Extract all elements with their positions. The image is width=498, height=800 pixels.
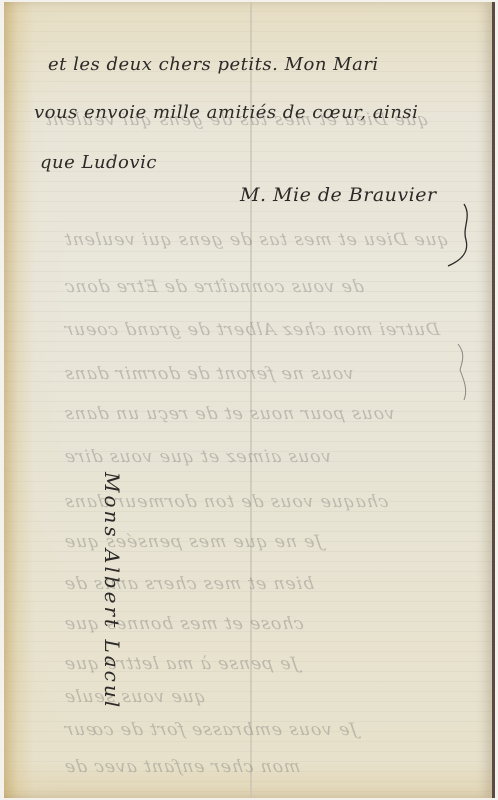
letter-line-1: et les deux chers petits. Mon Mari xyxy=(48,54,379,75)
bleed-through-line: chose et mes bonnes que xyxy=(63,614,305,634)
letter-line-2: vous envoie mille amitiés de cœur, ainsi xyxy=(34,102,418,123)
letter-line-3: que Ludovic xyxy=(40,152,157,173)
margin-bracket xyxy=(454,342,474,402)
bleed-through-line: que Dieu et mes tas de gens qui veulent xyxy=(63,230,450,250)
bleed-through-line: de vous connaître de Etre donc xyxy=(63,277,365,297)
signature: M. Mie de Brauvier xyxy=(240,184,437,206)
bleed-through-line: vous aimez et que vous dire xyxy=(63,447,333,467)
bleed-through-line: que vous seule xyxy=(63,687,207,707)
bleed-through-line: vous ne feront de dormir dans xyxy=(63,364,355,384)
bleed-through-line: mon cher enfant avec de xyxy=(63,757,302,777)
bleed-through-line: vous pour nous et de reçu un dans xyxy=(63,404,396,424)
signature-flourish xyxy=(444,202,474,272)
letter-page: que Dieu et mes tas de gens qui veulent … xyxy=(4,2,495,798)
bleed-through-line: Je vous embrasse fort de cœur xyxy=(63,720,359,740)
bleed-through-line: Dutrei mon chez Albert de grand coeur xyxy=(63,320,441,340)
vertical-margin-name: Mons Albert Lacul xyxy=(100,472,124,710)
bleed-through-line: Je pense à ma lettre que xyxy=(63,654,300,674)
